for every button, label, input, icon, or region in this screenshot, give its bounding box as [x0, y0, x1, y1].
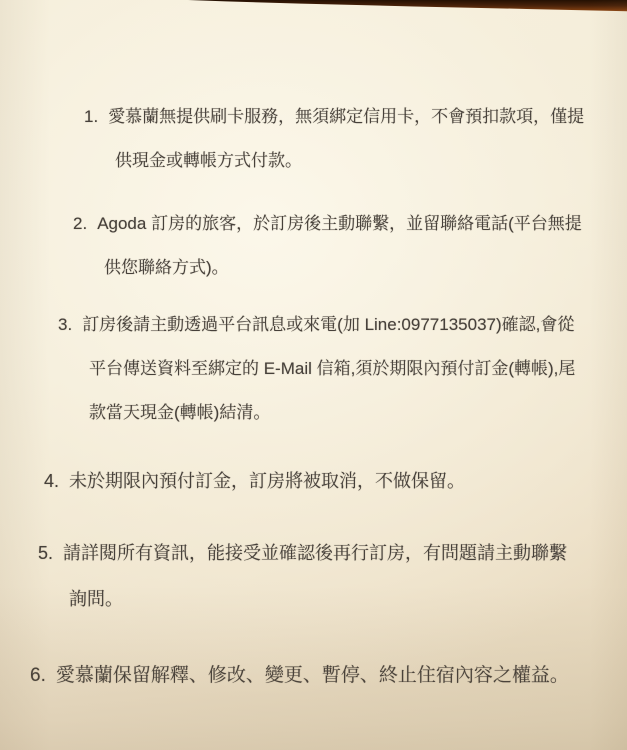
item-text: 愛慕蘭保留解釋、修改、變更、暫停、終止住宿內容之權益。 [56, 665, 569, 686]
list-item-line: 3.訂房後請主動透過平台訊息或來電(加 Line:0977135037)確認,會… [58, 303, 627, 347]
item-number: 2. [73, 202, 87, 246]
list-item-6: 6.愛慕蘭保留解釋、修改、變更、暫停、終止住宿內容之權益。 [0, 652, 627, 700]
item-text: Agoda 訂房的旅客，於訂房後主動聯繫，並留聯絡電話(平台無提 [97, 214, 582, 233]
list-item-line: 平台傳送資料至綁定的 E-Mail 信箱,須於期限內預付訂金(轉帳),尾 [58, 347, 627, 391]
list-item-2: 2.Agoda 訂房的旅客，於訂房後主動聯繫，並留聯絡電話(平台無提 供您聯絡方… [0, 202, 627, 290]
item-number: 3. [58, 303, 72, 347]
list-item-1: 1.愛慕蘭無提供刷卡服務，無須綁定信用卡，不會預扣款項，僅提 供現金或轉帳方式付… [0, 95, 627, 183]
item-text: 訂房後請主動透過平台訊息或來電(加 Line:0977135037)確認,會從 [82, 315, 574, 334]
list-item-line: 詢問。 [38, 576, 627, 622]
list-item-5: 5.請詳閱所有資訊，能接受並確認後再行訂房，有問題請主動聯繫 詢問。 [0, 530, 627, 622]
item-text: 未於期限內預付訂金，訂房將被取消，不做保留。 [69, 471, 465, 491]
list-item-line: 6.愛慕蘭保留解釋、修改、變更、暫停、終止住宿內容之權益。 [30, 652, 627, 700]
item-number: 6. [30, 652, 46, 700]
item-number: 5. [38, 530, 53, 576]
item-text: 愛慕蘭無提供刷卡服務，無須綁定信用卡，不會預扣款項，僅提 [108, 107, 584, 126]
list-item-line: 供您聯絡方式)。 [73, 246, 627, 290]
list-item-line: 4.未於期限內預付訂金，訂房將被取消，不做保留。 [44, 458, 627, 504]
item-number: 4. [44, 458, 59, 504]
paper-sheet: 1.愛慕蘭無提供刷卡服務，無須綁定信用卡，不會預扣款項，僅提 供現金或轉帳方式付… [0, 0, 627, 750]
list-item-line: 1.愛慕蘭無提供刷卡服務，無須綁定信用卡，不會預扣款項，僅提 [84, 95, 627, 139]
list-item-line: 5.請詳閱所有資訊，能接受並確認後再行訂房，有問題請主動聯繫 [38, 530, 627, 576]
list-item-line: 款當天現金(轉帳)結清。 [58, 391, 627, 435]
item-text: 請詳閱所有資訊，能接受並確認後再行訂房，有問題請主動聯繫 [63, 543, 567, 563]
item-number: 1. [84, 95, 98, 139]
list-item-line: 2.Agoda 訂房的旅客，於訂房後主動聯繫，並留聯絡電話(平台無提 [73, 202, 627, 246]
list-item-4: 4.未於期限內預付訂金，訂房將被取消，不做保留。 [0, 458, 627, 504]
terms-list: 1.愛慕蘭無提供刷卡服務，無須綁定信用卡，不會預扣款項，僅提 供現金或轉帳方式付… [0, 0, 627, 700]
list-item-line: 供現金或轉帳方式付款。 [84, 139, 627, 183]
list-item-3: 3.訂房後請主動透過平台訊息或來電(加 Line:0977135037)確認,會… [0, 303, 627, 435]
